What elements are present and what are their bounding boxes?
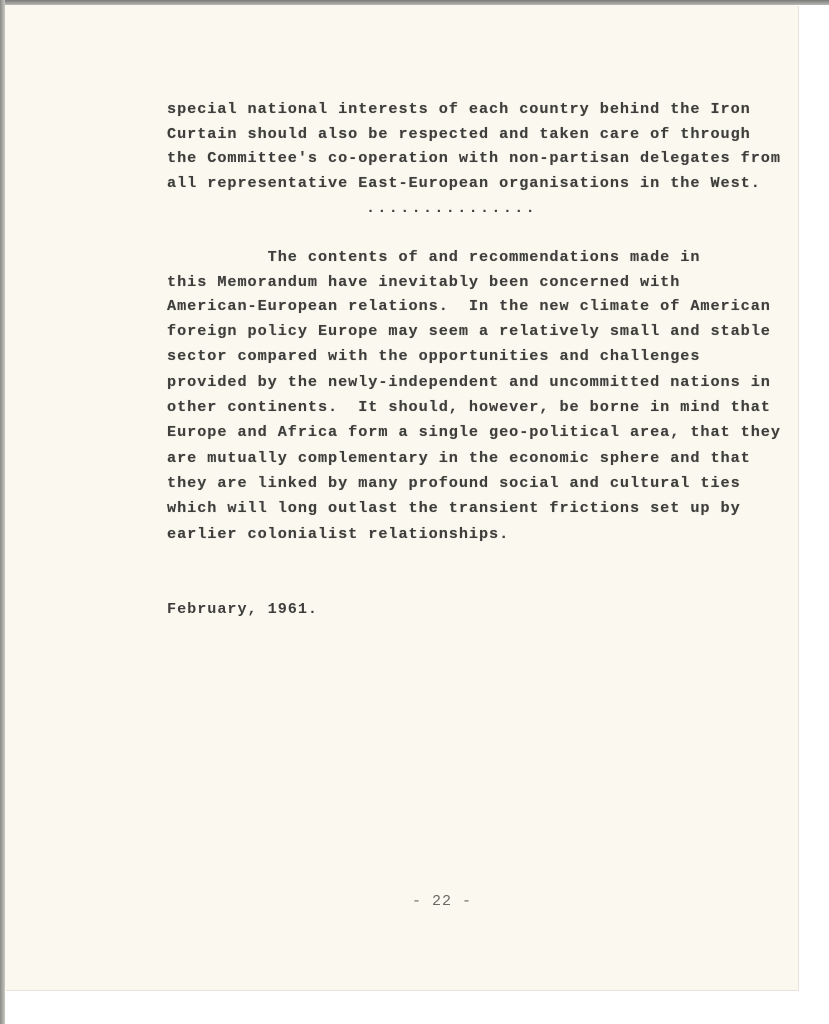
text-line: are mutually complementary in the econom… <box>167 448 751 468</box>
text-line: they are linked by many profound social … <box>167 473 741 493</box>
page-number: - 22 - <box>412 893 472 910</box>
text-line: earlier colonialist relationships. <box>167 524 509 544</box>
text-line: the Committee's co-operation with non-pa… <box>167 148 781 168</box>
document-date: February, 1961. <box>167 600 318 618</box>
text-line: all representative East-European organis… <box>167 173 761 193</box>
section-separator: ............... <box>366 200 537 217</box>
text-line: Curtain should also be respected and tak… <box>167 124 751 144</box>
text-line: foreign policy Europe may seem a relativ… <box>167 321 771 341</box>
text-line: Europe and Africa form a single geo-poli… <box>167 422 781 442</box>
text-line: which will long outlast the transient fr… <box>167 498 741 518</box>
text-line: this Memorandum have inevitably been con… <box>167 272 680 292</box>
text-line: provided by the newly-independent and un… <box>167 372 771 392</box>
text-line: other continents. It should, however, be… <box>167 397 771 417</box>
text-line: The contents of and recommendations made… <box>167 247 700 267</box>
text-line: American-European relations. In the new … <box>167 296 771 316</box>
text-line: special national interests of each count… <box>167 99 751 119</box>
text-line: sector compared with the opportunities a… <box>167 346 700 366</box>
